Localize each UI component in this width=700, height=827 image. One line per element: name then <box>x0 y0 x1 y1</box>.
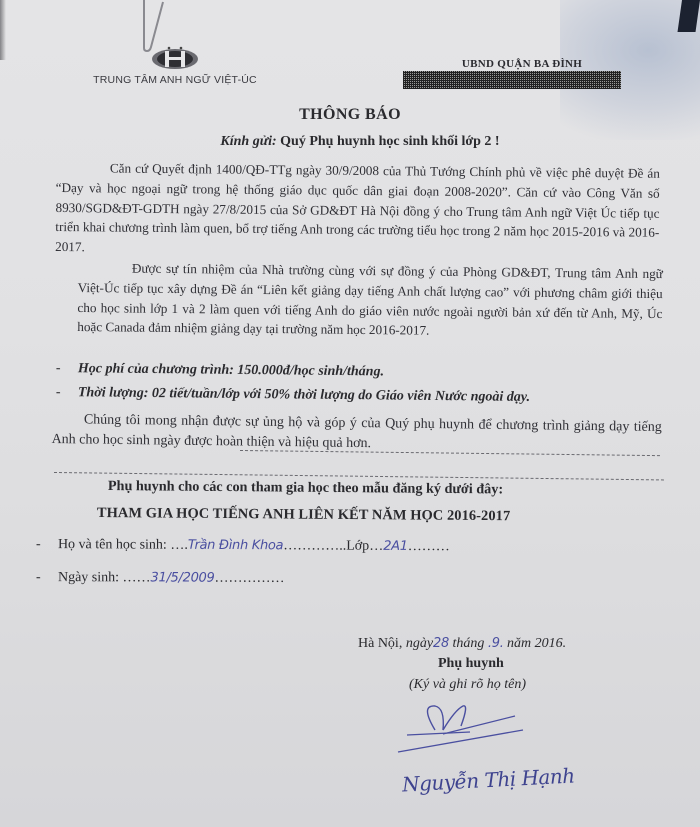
field-dash: - <box>36 537 58 553</box>
paragraph-text: Căn cứ Quyết định 1400/QĐ-TTg ngày 30/9/… <box>55 161 660 255</box>
paragraph-text: Chúng tôi mong nhận được sự ủng hộ và gó… <box>52 412 662 451</box>
birth-date-row: -Ngày sinh: ……31/5/2009…………… <box>36 570 285 587</box>
dot-leader: … <box>369 539 383 554</box>
salutation-recipient: Quý Phụ huynh học sinh khối lớp 2 ! <box>277 134 500 149</box>
redacted-school-name <box>403 71 621 89</box>
birth-date-value[interactable]: 31/5/2009 <box>151 570 215 585</box>
signer-role: Phụ huynh <box>438 656 504 672</box>
issuer-block: UBND QUẬN BA ĐÌNH <box>412 58 632 89</box>
class-label: Lớp <box>346 539 369 554</box>
sign-instruction: (Ký và ghi rõ họ tên) <box>409 677 526 693</box>
salutation-prefix: Kính gửi: <box>220 134 276 149</box>
student-name-label: Họ và tên học sinh: <box>58 537 170 553</box>
dot-leader: …………… <box>214 571 284 586</box>
month-label: tháng <box>449 636 488 651</box>
year-label: năm 2016. <box>504 636 567 651</box>
month-value[interactable]: .9. <box>488 636 504 651</box>
bullet-text: Thời lượng: 02 tiết/tuần/lớp với 50% thờ… <box>78 385 530 405</box>
dot-leader: ………….. <box>283 538 346 553</box>
center-name: TRUNG TÂM ANH NGỮ VIỆT-ÚC <box>80 74 270 86</box>
signer-name-handwritten: Nguyễn Thị Hạnh <box>401 763 575 796</box>
bullet-text: Học phí của chương trình: 150.000đ/học s… <box>78 361 384 379</box>
district-committee: UBND QUẬN BA ĐÌNH <box>412 58 632 70</box>
paperclip-icon <box>141 0 167 52</box>
student-name-value[interactable]: Trần Đình Khoa <box>188 538 283 553</box>
document-page: TRUNG TÂM ANH NGỮ VIỆT-ÚC UBND QUẬN BA Đ… <box>0 0 700 827</box>
dot-leader: …… <box>123 570 151 585</box>
birth-date-label: Ngày sinh: <box>58 570 123 585</box>
bullet-dash: - <box>56 385 78 401</box>
notice-title: THÔNG BÁO <box>0 106 700 124</box>
class-value[interactable]: 2A1 <box>383 539 408 554</box>
paragraph-legal-basis: Căn cứ Quyết định 1400/QĐ-TTg ngày 30/9/… <box>55 158 660 263</box>
field-dash: - <box>36 570 58 586</box>
student-name-row: -Họ và tên học sinh: ….Trần Đình Khoa………… <box>36 537 450 555</box>
form-intro: Phụ huynh cho các con tham gia học theo … <box>108 478 503 498</box>
form-title: THAM GIA HỌC TIẾNG ANH LIÊN KẾT NĂM HỌC … <box>97 505 510 525</box>
dot-leader: ……… <box>408 539 450 554</box>
day-value[interactable]: 28 <box>433 636 449 651</box>
place-and-date: Hà Nội, ngày28 tháng .9. năm 2016. <box>358 636 566 652</box>
dot-leader: …. <box>170 538 188 553</box>
salutation: Kính gửi: Quý Phụ huynh học sinh khối lớ… <box>0 134 700 150</box>
center-logo-block: TRUNG TÂM ANH NGỮ VIỆT-ÚC <box>80 46 270 86</box>
day-label: ngày <box>406 636 433 651</box>
paragraph-text: Được sự tín nhiệm của Nhà trường cùng vớ… <box>77 261 663 339</box>
background-corner <box>678 0 700 32</box>
bullet-tuition: -Học phí của chương trình: 150.000đ/học … <box>56 361 384 380</box>
edge-shadow <box>0 0 6 60</box>
place: Hà Nội, <box>358 636 406 651</box>
bullet-dash: - <box>56 361 78 377</box>
paragraph-program: Được sự tín nhiệm của Nhà trường cùng vớ… <box>77 258 663 343</box>
signature-mark <box>395 700 535 760</box>
viet-uc-logo-icon <box>150 46 200 70</box>
bullet-duration: -Thời lượng: 02 tiết/tuần/lớp với 50% th… <box>56 385 530 406</box>
